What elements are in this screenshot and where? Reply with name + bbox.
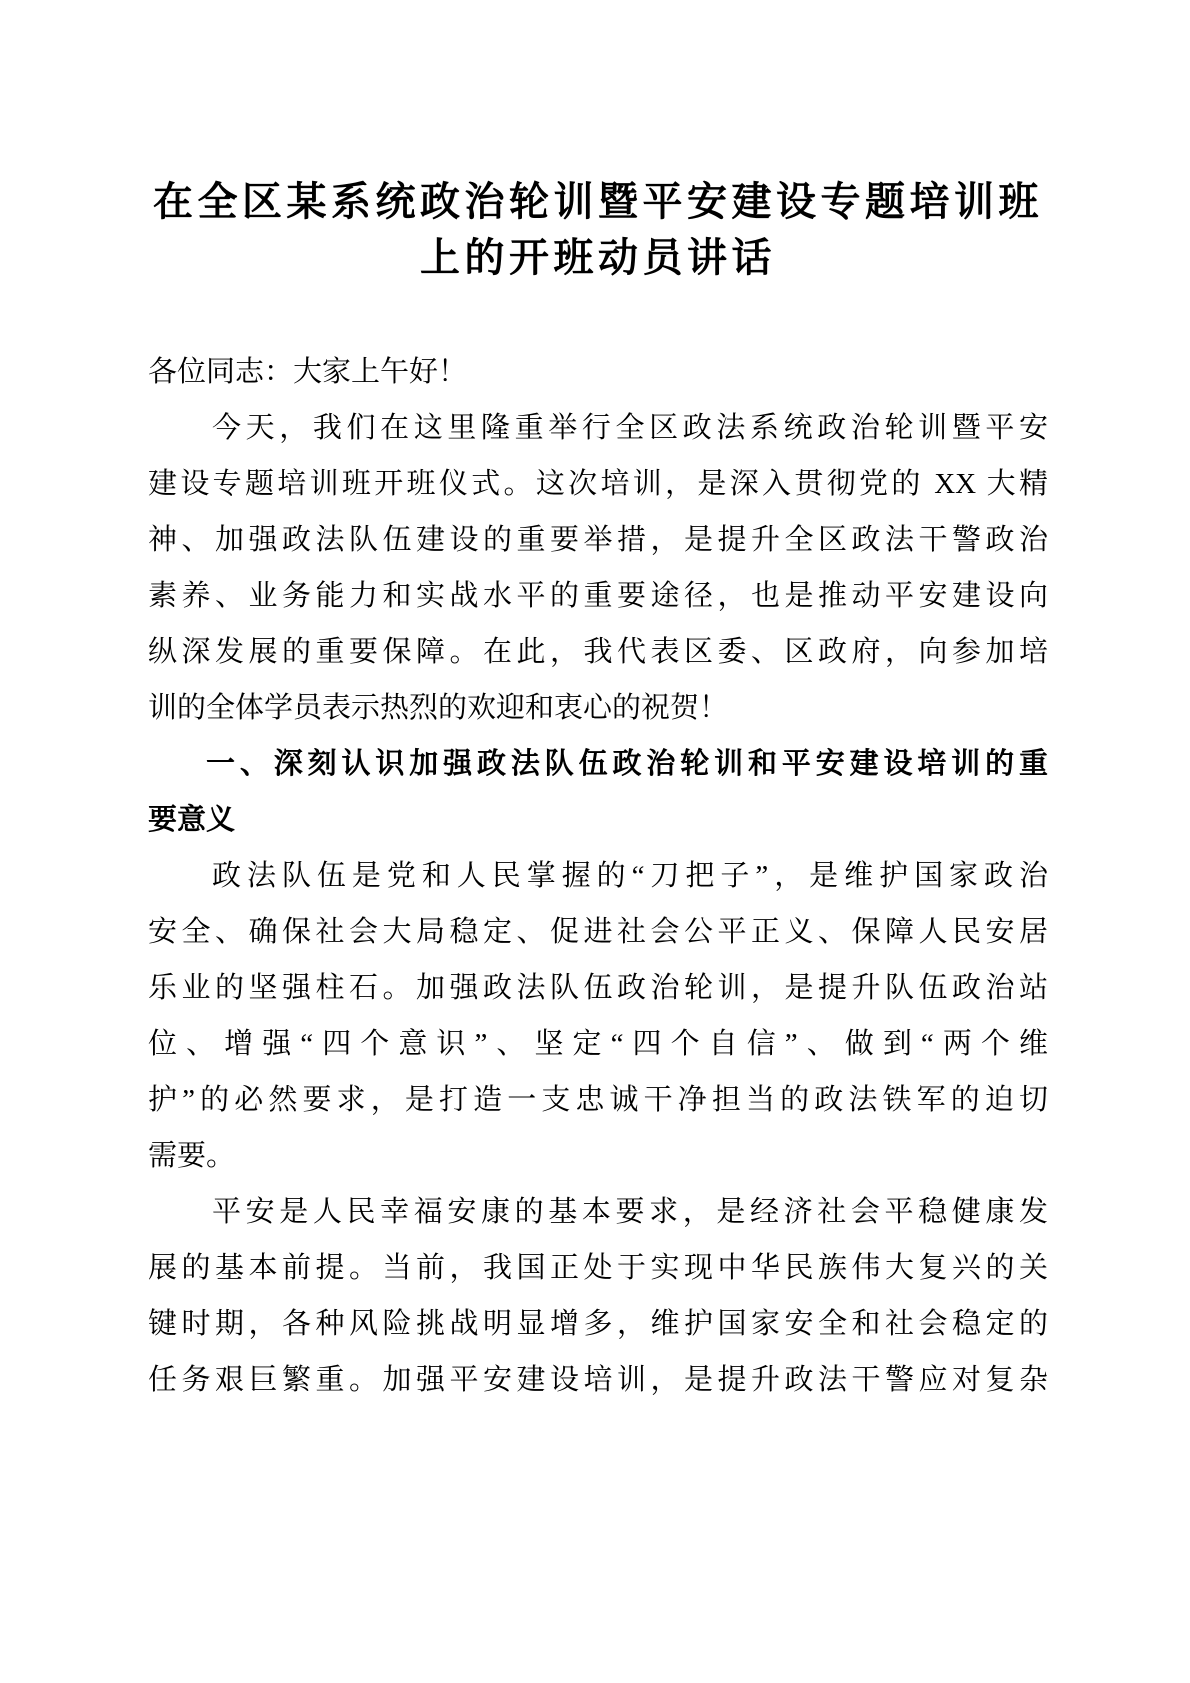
- body-line: 展的基本前提。当前，我国正处于实现中华民族伟大复兴的关: [148, 1240, 1048, 1296]
- body-line: 建设专题培训班开班仪式。这次培训，是深入贯彻党的 XX 大精: [148, 456, 1048, 512]
- document-title-line: 上的开班动员讲话: [148, 230, 1048, 286]
- body-line: 今天，我们在这里隆重举行全区政法系统政治轮训暨平安: [148, 400, 1048, 456]
- body-line: 各位同志：大家上午好！: [148, 344, 1048, 400]
- document-page: 在全区某系统政治轮训暨平安建设专题培训班 上的开班动员讲话 各位同志：大家上午好…: [0, 0, 1190, 1683]
- body-line: 素养、业务能力和实战水平的重要途径，也是推动平安建设向: [148, 568, 1048, 624]
- document-body: 各位同志：大家上午好！今天，我们在这里隆重举行全区政法系统政治轮训暨平安建设专题…: [148, 344, 1048, 1408]
- body-line: 纵深发展的重要保障。在此，我代表区委、区政府，向参加培: [148, 624, 1048, 680]
- body-line: 神、加强政法队伍建设的重要举措，是提升全区政法干警政治: [148, 512, 1048, 568]
- body-line: 位、增强“四个意识”、坚定“四个自信”、做到“两个维: [148, 1016, 1048, 1072]
- body-line: 需要。: [148, 1128, 1048, 1184]
- body-line: 政法队伍是党和人民掌握的“刀把子”，是维护国家政治: [148, 848, 1048, 904]
- document-title: 在全区某系统政治轮训暨平安建设专题培训班 上的开班动员讲话: [148, 174, 1048, 286]
- body-line: 护”的必然要求，是打造一支忠诚干净担当的政法铁军的迫切: [148, 1072, 1048, 1128]
- body-line: 任务艰巨繁重。加强平安建设培训，是提升政法干警应对复杂: [148, 1352, 1048, 1408]
- document-title-line: 在全区某系统政治轮训暨平安建设专题培训班: [148, 174, 1048, 230]
- heading-line: 要意义: [148, 792, 1048, 848]
- body-line: 键时期，各种风险挑战明显增多，维护国家安全和社会稳定的: [148, 1296, 1048, 1352]
- heading-line: 一、深刻认识加强政法队伍政治轮训和平安建设培训的重: [148, 736, 1048, 792]
- body-line: 安全、确保社会大局稳定、促进社会公平正义、保障人民安居: [148, 904, 1048, 960]
- body-line: 乐业的坚强柱石。加强政法队伍政治轮训，是提升队伍政治站: [148, 960, 1048, 1016]
- body-line: 训的全体学员表示热烈的欢迎和衷心的祝贺！: [148, 680, 1048, 736]
- body-line: 平安是人民幸福安康的基本要求，是经济社会平稳健康发: [148, 1184, 1048, 1240]
